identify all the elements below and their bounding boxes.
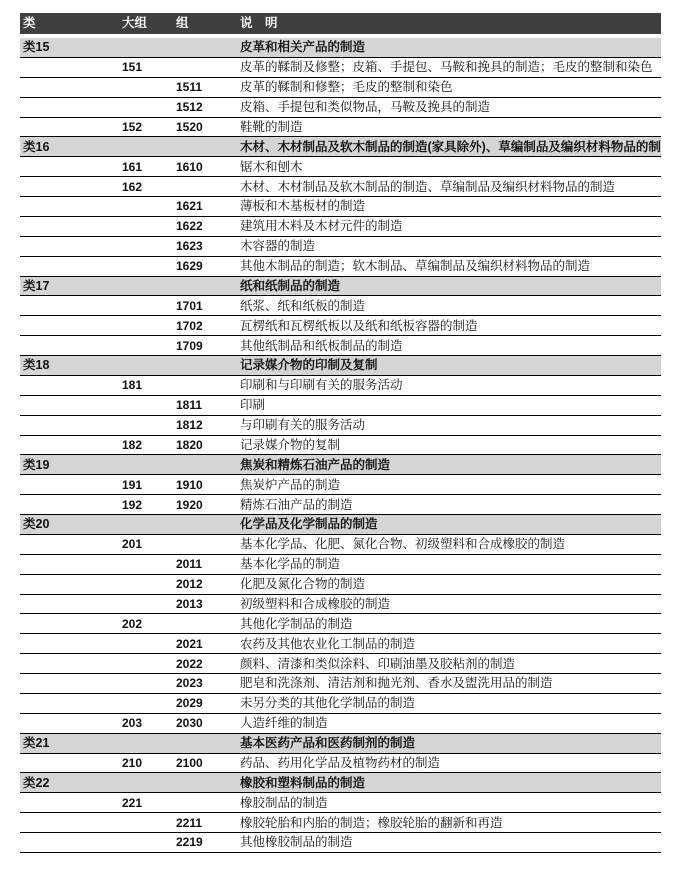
column-header-class: 类 <box>20 13 120 34</box>
class-cell <box>20 416 120 436</box>
desc-cell: 焦炭和精炼石油产品的制造 <box>237 455 661 475</box>
desc-cell: 初级塑料和合成橡胶的制造 <box>237 595 661 615</box>
class-cell <box>20 118 120 138</box>
class-cell <box>20 555 120 575</box>
division-cell: 182 <box>120 436 174 456</box>
class-cell: 类17 <box>20 277 120 297</box>
group-cell: 2211 <box>174 813 237 833</box>
desc-cell: 皮革的鞣制及修整；皮箱、手提包、马鞍和挽具的制造；毛皮的整制和染色 <box>237 58 661 78</box>
class-cell <box>20 694 120 714</box>
class-cell: 类16 <box>20 137 120 157</box>
class-cell <box>20 495 120 515</box>
class-cell <box>20 217 120 237</box>
desc-cell: 其他木制品的制造；软木制品、草编制品及编织材料物品的制造 <box>237 257 661 277</box>
group-cell <box>174 376 237 396</box>
group-cell: 2029 <box>174 694 237 714</box>
class-cell <box>20 674 120 694</box>
division-cell: 210 <box>120 754 174 774</box>
division-cell <box>120 98 174 118</box>
table-row: 1921920精炼石油产品的制造 <box>20 495 661 515</box>
group-cell: 1812 <box>174 416 237 436</box>
desc-cell: 鞋靴的制造 <box>237 118 661 138</box>
section-row: 类21基本医药产品和医药制剂的制造 <box>20 734 661 754</box>
desc-cell: 橡胶制品的制造 <box>237 793 661 813</box>
division-cell <box>120 296 174 316</box>
table-row: 1629其他木制品的制造；软木制品、草编制品及编织材料物品的制造 <box>20 257 661 277</box>
table-row: 2022颜料、清漆和类似涂料、印刷油墨及胶粘剂的制造 <box>20 654 661 674</box>
group-cell <box>174 277 237 297</box>
desc-cell: 药品、药用化学品及植物药材的制造 <box>237 754 661 774</box>
division-cell: 162 <box>120 177 174 197</box>
table-row: 1621薄板和木基板材的制造 <box>20 197 661 217</box>
class-cell: 类18 <box>20 356 120 376</box>
group-cell: 1623 <box>174 237 237 257</box>
desc-cell: 记录媒介物的复制 <box>237 436 661 456</box>
group-cell: 2030 <box>174 714 237 734</box>
desc-cell: 印刷和与印刷有关的服务活动 <box>237 376 661 396</box>
division-cell: 202 <box>120 614 174 634</box>
table-row: 1811印刷 <box>20 396 661 416</box>
division-cell: 181 <box>120 376 174 396</box>
group-cell: 1811 <box>174 396 237 416</box>
class-cell <box>20 793 120 813</box>
group-cell <box>174 38 237 58</box>
division-cell <box>120 336 174 356</box>
group-cell: 2100 <box>174 754 237 774</box>
group-cell: 1701 <box>174 296 237 316</box>
group-cell: 1511 <box>174 78 237 98</box>
class-cell <box>20 316 120 336</box>
class-cell <box>20 654 120 674</box>
class-cell <box>20 296 120 316</box>
division-cell: 151 <box>120 58 174 78</box>
desc-cell: 未另分类的其他化学制品的制造 <box>237 694 661 714</box>
header-row: 类 大组 组 说 明 <box>20 13 661 34</box>
desc-cell: 精炼石油产品的制造 <box>237 495 661 515</box>
column-header-group: 组 <box>174 13 237 34</box>
group-cell: 1520 <box>174 118 237 138</box>
desc-cell: 纸和纸制品的制造 <box>237 277 661 297</box>
group-cell: 1622 <box>174 217 237 237</box>
table-row: 2029未另分类的其他化学制品的制造 <box>20 694 661 714</box>
table-row: 1512皮箱、手提包和类似物品，马鞍及挽具的制造 <box>20 98 661 118</box>
class-cell <box>20 436 120 456</box>
division-cell <box>120 555 174 575</box>
class-cell <box>20 634 120 654</box>
class-cell <box>20 78 120 98</box>
division-cell <box>120 257 174 277</box>
table-row: 202其他化学制品的制造 <box>20 614 661 634</box>
division-cell <box>120 416 174 436</box>
table-row: 151皮革的鞣制及修整；皮箱、手提包、马鞍和挽具的制造；毛皮的整制和染色 <box>20 58 661 78</box>
desc-cell: 木容器的制造 <box>237 237 661 257</box>
class-cell <box>20 475 120 495</box>
desc-cell: 基本化学品的制造 <box>237 555 661 575</box>
desc-cell: 其他橡胶制品的制造 <box>237 833 661 853</box>
group-cell: 2219 <box>174 833 237 853</box>
desc-cell: 基本化学品、化肥、氮化合物、初级塑料和合成橡胶的制造 <box>237 535 661 555</box>
class-cell: 类19 <box>20 455 120 475</box>
section-row: 类17纸和纸制品的制造 <box>20 277 661 297</box>
desc-cell: 其他纸制品和纸板制品的制造 <box>237 336 661 356</box>
division-cell <box>120 78 174 98</box>
desc-cell: 橡胶和塑料制品的制造 <box>237 773 661 793</box>
desc-cell: 化肥及氮化合物的制造 <box>237 575 661 595</box>
table-row: 201基本化学品、化肥、氮化合物、初级塑料和合成橡胶的制造 <box>20 535 661 555</box>
group-cell <box>174 455 237 475</box>
group-cell: 2021 <box>174 634 237 654</box>
table-row: 1701纸浆、纸和纸板的制造 <box>20 296 661 316</box>
division-cell: 203 <box>120 714 174 734</box>
division-cell: 192 <box>120 495 174 515</box>
group-cell: 2013 <box>174 595 237 615</box>
section-row: 类19焦炭和精炼石油产品的制造 <box>20 455 661 475</box>
table-row: 1521520鞋靴的制造 <box>20 118 661 138</box>
classification-table: 类 大组 组 说 明 类15皮革和相关产品的制造151皮革的鞣制及修整；皮箱、手… <box>20 13 661 853</box>
table-body: 类15皮革和相关产品的制造151皮革的鞣制及修整；皮箱、手提包、马鞍和挽具的制造… <box>20 38 661 853</box>
division-cell <box>120 237 174 257</box>
division-cell <box>120 137 174 157</box>
column-header-division: 大组 <box>120 13 174 34</box>
class-cell <box>20 376 120 396</box>
table-row: 181印刷和与印刷有关的服务活动 <box>20 376 661 396</box>
desc-cell: 焦炭炉产品的制造 <box>237 475 661 495</box>
class-cell <box>20 714 120 734</box>
section-row: 类16木材、木材制品及软木制品的制造(家具除外)、草编制品及编织材料物品的制造 <box>20 137 661 157</box>
class-cell: 类20 <box>20 515 120 535</box>
division-cell: 152 <box>120 118 174 138</box>
division-cell <box>120 734 174 754</box>
group-cell <box>174 177 237 197</box>
division-cell <box>120 277 174 297</box>
table-row: 2013初级塑料和合成橡胶的制造 <box>20 595 661 615</box>
group-cell: 1512 <box>174 98 237 118</box>
table-row: 2211橡胶轮胎和内胎的制造；橡胶轮胎的翻新和再造 <box>20 813 661 833</box>
division-cell <box>120 634 174 654</box>
desc-cell: 颜料、清漆和类似涂料、印刷油墨及胶粘剂的制造 <box>237 654 661 674</box>
table-row: 1623木容器的制造 <box>20 237 661 257</box>
desc-cell: 肥皂和洗涤剂、清洁剂和抛光剂、香水及盥洗用品的制造 <box>237 674 661 694</box>
group-cell <box>174 515 237 535</box>
table-row: 1611610锯木和刨木 <box>20 157 661 177</box>
division-cell <box>120 654 174 674</box>
division-cell: 201 <box>120 535 174 555</box>
table-row: 2012化肥及氮化合物的制造 <box>20 575 661 595</box>
group-cell: 2022 <box>174 654 237 674</box>
group-cell <box>174 137 237 157</box>
group-cell: 1920 <box>174 495 237 515</box>
group-cell <box>174 614 237 634</box>
class-cell <box>20 58 120 78</box>
group-cell <box>174 58 237 78</box>
class-cell <box>20 177 120 197</box>
desc-cell: 木材、木材制品及软木制品的制造、草编制品及编织材料物品的制造 <box>237 177 661 197</box>
division-cell <box>120 674 174 694</box>
class-cell <box>20 98 120 118</box>
group-cell <box>174 356 237 376</box>
class-cell <box>20 754 120 774</box>
group-cell: 2023 <box>174 674 237 694</box>
division-cell <box>120 38 174 58</box>
class-cell <box>20 237 120 257</box>
desc-cell: 其他化学制品的制造 <box>237 614 661 634</box>
desc-cell: 纸浆、纸和纸板的制造 <box>237 296 661 316</box>
desc-cell: 基本医药产品和医药制剂的制造 <box>237 734 661 754</box>
table-row: 2011基本化学品的制造 <box>20 555 661 575</box>
division-cell <box>120 833 174 853</box>
table-row: 1622建筑用木料及木材元件的制造 <box>20 217 661 237</box>
division-cell <box>120 515 174 535</box>
desc-cell: 锯木和刨木 <box>237 157 661 177</box>
desc-cell: 人造纤维的制造 <box>237 714 661 734</box>
group-cell <box>174 793 237 813</box>
document-page: 类 大组 组 说 明 类15皮革和相关产品的制造151皮革的鞣制及修整；皮箱、手… <box>0 0 682 869</box>
desc-cell: 农药及其他农业化工制品的制造 <box>237 634 661 654</box>
class-cell: 类21 <box>20 734 120 754</box>
desc-cell: 记录媒介物的印制及复制 <box>237 356 661 376</box>
table-row: 2023肥皂和洗涤剂、清洁剂和抛光剂、香水及盥洗用品的制造 <box>20 674 661 694</box>
group-cell: 2012 <box>174 575 237 595</box>
desc-cell: 建筑用木料及木材元件的制造 <box>237 217 661 237</box>
class-cell <box>20 575 120 595</box>
division-cell <box>120 813 174 833</box>
group-cell: 1610 <box>174 157 237 177</box>
class-cell: 类15 <box>20 38 120 58</box>
desc-cell: 化学品及化学制品的制造 <box>237 515 661 535</box>
section-row: 类15皮革和相关产品的制造 <box>20 38 661 58</box>
division-cell <box>120 773 174 793</box>
table-row: 1702瓦楞纸和瓦楞纸板以及纸和纸板容器的制造 <box>20 316 661 336</box>
division-cell <box>120 316 174 336</box>
table-row: 2102100药品、药用化学品及植物药材的制造 <box>20 754 661 774</box>
section-row: 类20化学品及化学制品的制造 <box>20 515 661 535</box>
table-row: 221橡胶制品的制造 <box>20 793 661 813</box>
column-header-description: 说 明 <box>237 13 661 34</box>
desc-cell: 皮箱、手提包和类似物品，马鞍及挽具的制造 <box>237 98 661 118</box>
class-cell <box>20 257 120 277</box>
class-cell <box>20 614 120 634</box>
class-cell <box>20 197 120 217</box>
desc-cell: 皮革和相关产品的制造 <box>237 38 661 58</box>
division-cell: 221 <box>120 793 174 813</box>
group-cell: 1629 <box>174 257 237 277</box>
group-cell: 1820 <box>174 436 237 456</box>
table-row: 2032030人造纤维的制造 <box>20 714 661 734</box>
desc-cell: 薄板和木基板材的制造 <box>237 197 661 217</box>
table-row: 162木材、木材制品及软木制品的制造、草编制品及编织材料物品的制造 <box>20 177 661 197</box>
table-row: 1911910焦炭炉产品的制造 <box>20 475 661 495</box>
table-row: 1812与印刷有关的服务活动 <box>20 416 661 436</box>
division-cell: 161 <box>120 157 174 177</box>
division-cell <box>120 217 174 237</box>
table-header: 类 大组 组 说 明 <box>20 13 661 38</box>
division-cell <box>120 595 174 615</box>
division-cell: 191 <box>120 475 174 495</box>
class-cell <box>20 833 120 853</box>
section-row: 类22橡胶和塑料制品的制造 <box>20 773 661 793</box>
table-row: 1709其他纸制品和纸板制品的制造 <box>20 336 661 356</box>
class-cell <box>20 396 120 416</box>
desc-cell: 木材、木材制品及软木制品的制造(家具除外)、草编制品及编织材料物品的制造 <box>237 137 661 157</box>
division-cell <box>120 356 174 376</box>
table-row: 2219其他橡胶制品的制造 <box>20 833 661 853</box>
desc-cell: 印刷 <box>237 396 661 416</box>
group-cell: 1910 <box>174 475 237 495</box>
division-cell <box>120 455 174 475</box>
class-cell <box>20 595 120 615</box>
group-cell: 2011 <box>174 555 237 575</box>
group-cell <box>174 535 237 555</box>
group-cell <box>174 734 237 754</box>
division-cell <box>120 197 174 217</box>
desc-cell: 与印刷有关的服务活动 <box>237 416 661 436</box>
group-cell: 1621 <box>174 197 237 217</box>
division-cell <box>120 396 174 416</box>
class-cell <box>20 813 120 833</box>
group-cell: 1709 <box>174 336 237 356</box>
class-cell <box>20 157 120 177</box>
desc-cell: 皮革的鞣制和修整；毛皮的整制和染色 <box>237 78 661 98</box>
group-cell: 1702 <box>174 316 237 336</box>
division-cell <box>120 694 174 714</box>
desc-cell: 瓦楞纸和瓦楞纸板以及纸和纸板容器的制造 <box>237 316 661 336</box>
table-row: 2021农药及其他农业化工制品的制造 <box>20 634 661 654</box>
desc-cell: 橡胶轮胎和内胎的制造；橡胶轮胎的翻新和再造 <box>237 813 661 833</box>
class-cell <box>20 336 120 356</box>
division-cell <box>120 575 174 595</box>
table-row: 1821820记录媒介物的复制 <box>20 436 661 456</box>
class-cell <box>20 535 120 555</box>
group-cell <box>174 773 237 793</box>
section-row: 类18记录媒介物的印制及复制 <box>20 356 661 376</box>
class-cell: 类22 <box>20 773 120 793</box>
table-row: 1511皮革的鞣制和修整；毛皮的整制和染色 <box>20 78 661 98</box>
